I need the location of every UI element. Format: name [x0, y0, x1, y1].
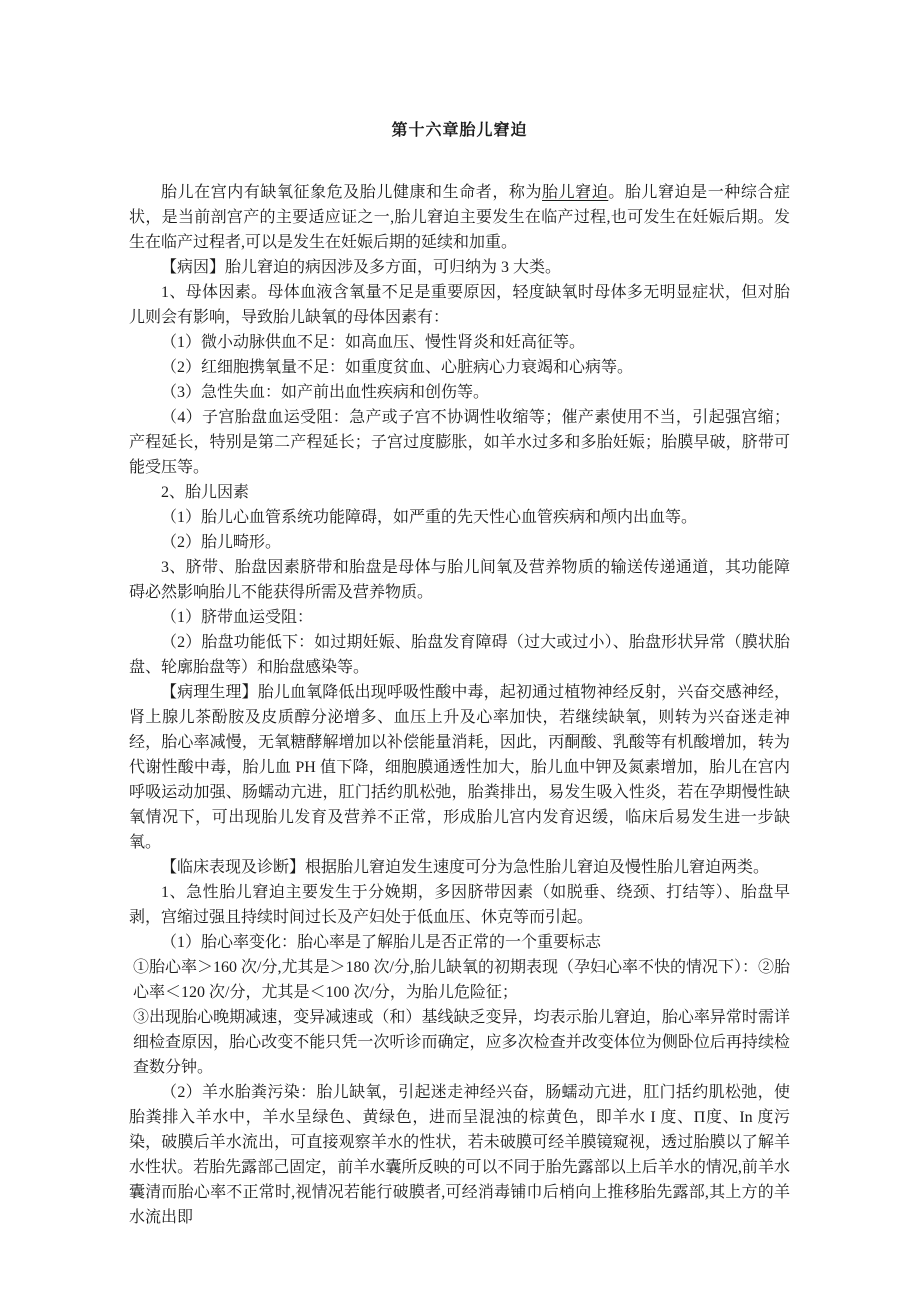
text-run: ①胎心率＞160 次/分,尤其是＞180 次/分,胎儿缺氧的初期表现（孕妇心率不… — [133, 959, 790, 1001]
paragraph-16: 1、急性胎儿窘迫主要发生于分娩期，多因脐带因素（如脱垂、绕颈、打结等）、胎盘早剥… — [129, 880, 790, 930]
text-run: 3、脐带、胎盘因素脐带和胎盘是母体与胎儿间氧及营养物质的输送传递通道，其功能障碍… — [129, 559, 790, 601]
text-run: （4）子宫胎盘血运受阻：急产或子宫不协调性收缩等；催产素使用不当，引起强宫缩；产… — [129, 409, 790, 476]
paragraph-12: （1）脐带血运受阻： — [129, 605, 790, 630]
document-page: 第十六章胎儿窘迫 胎儿在宫内有缺氧征象危及胎儿健康和生命者，称为胎儿窘迫。胎儿窘… — [129, 118, 790, 1230]
paragraph-15: 【临床表现及诊断】根据胎儿窘迫发生速度可分为急性胎儿窘迫及慢性胎儿窘迫两类。 — [129, 855, 790, 880]
underlined-term: 胎儿窘迫 — [542, 184, 608, 201]
text-run: 【临床表现及诊断】根据胎儿窘迫发生速度可分为急性胎儿窘迫及慢性胎儿窘迫两类。 — [161, 859, 769, 876]
text-run: （3）急性失血：如产前出血性疾病和创伤等。 — [161, 384, 489, 401]
text-run: （2）胎儿畸形。 — [161, 534, 281, 551]
paragraph-8: 2、胎儿因素 — [129, 480, 790, 505]
paragraph-14: 【病理生理】胎儿血氧降低出现呼吸性酸中毒，起初通过植物神经反射，兴奋交感神经，肾… — [129, 680, 790, 855]
text-run: （1）微小动脉供血不足：如高血压、慢性肾炎和妊高征等。 — [161, 334, 585, 351]
paragraph-11: 3、脐带、胎盘因素脐带和胎盘是母体与胎儿间氧及营养物质的输送传递通道，其功能障碍… — [129, 555, 790, 605]
paragraph-3: 1、母体因素。母体血液含氧量不足是重要原因，轻度缺氧时母体多无明显症状，但对胎儿… — [129, 280, 790, 330]
text-run: （1）胎儿心血管系统功能障碍，如严重的先天性心血管疾病和颅内出血等。 — [161, 509, 697, 526]
text-run: 2、胎儿因素 — [161, 484, 249, 501]
text-run: 【病理生理】胎儿血氧降低出现呼吸性酸中毒，起初通过植物神经反射，兴奋交感神经，肾… — [129, 684, 790, 851]
paragraph-13: （2）胎盘功能低下：如过期妊娠、胎盘发育障碍（过大或过小）、胎盘形状异常（膜状胎… — [129, 630, 790, 680]
paragraph-7: （4）子宫胎盘血运受阻：急产或子宫不协调性收缩等；催产素使用不当，引起强宫缩；产… — [129, 405, 790, 480]
page-title: 第十六章胎儿窘迫 — [129, 118, 790, 143]
paragraph-5: （2）红细胞携氧量不足：如重度贫血、心脏病心力衰竭和心病等。 — [129, 355, 790, 380]
paragraph-20: （2）羊水胎粪污染：胎儿缺氧，引起迷走神经兴奋，肠蠕动亢进，肛门括约肌松弛，使胎… — [129, 1080, 790, 1230]
document-body: 胎儿在宫内有缺氧征象危及胎儿健康和生命者，称为胎儿窘迫。胎儿窘迫是一种综合症状，… — [129, 180, 790, 1230]
paragraph-19: ③出现胎心晚期减速，变异减速或（和）基线缺乏变异，均表示胎儿窘迫，胎心率异常时需… — [129, 1005, 790, 1080]
text-run: 【病因】胎儿窘迫的病因涉及多方面，可归纳为 3 大类。 — [161, 259, 561, 276]
text-run: 1、急性胎儿窘迫主要发生于分娩期，多因脐带因素（如脱垂、绕颈、打结等）、胎盘早剥… — [129, 884, 790, 926]
text-run: 1、母体因素。母体血液含氧量不足是重要原因，轻度缺氧时母体多无明显症状，但对胎儿… — [129, 284, 790, 326]
paragraph-4: （1）微小动脉供血不足：如高血压、慢性肾炎和妊高征等。 — [129, 330, 790, 355]
text-run: （1）脐带血运受阻： — [161, 609, 313, 626]
text-run: ③出现胎心晚期减速，变异减速或（和）基线缺乏变异，均表示胎儿窘迫，胎心率异常时需… — [133, 1009, 790, 1076]
paragraph-2: 【病因】胎儿窘迫的病因涉及多方面，可归纳为 3 大类。 — [129, 255, 790, 280]
paragraph-17: （1）胎心率变化：胎心率是了解胎儿是否正常的一个重要标志 — [129, 930, 790, 955]
paragraph-9: （1）胎儿心血管系统功能障碍，如严重的先天性心血管疾病和颅内出血等。 — [129, 505, 790, 530]
paragraph-18: ①胎心率＞160 次/分,尤其是＞180 次/分,胎儿缺氧的初期表现（孕妇心率不… — [129, 955, 790, 1005]
text-run: （2）羊水胎粪污染：胎儿缺氧，引起迷走神经兴奋，肠蠕动亢进，肛门括约肌松弛，使胎… — [129, 1084, 790, 1226]
text-run: （1）胎心率变化：胎心率是了解胎儿是否正常的一个重要标志 — [161, 934, 601, 951]
paragraph-6: （3）急性失血：如产前出血性疾病和创伤等。 — [129, 380, 790, 405]
text-run: （2）胎盘功能低下：如过期妊娠、胎盘发育障碍（过大或过小）、胎盘形状异常（膜状胎… — [129, 634, 790, 676]
paragraph-10: （2）胎儿畸形。 — [129, 530, 790, 555]
text-run: 胎儿在宫内有缺氧征象危及胎儿健康和生命者，称为 — [161, 184, 542, 201]
paragraph-1: 胎儿在宫内有缺氧征象危及胎儿健康和生命者，称为胎儿窘迫。胎儿窘迫是一种综合症状，… — [129, 180, 790, 255]
text-run: （2）红细胞携氧量不足：如重度贫血、心脏病心力衰竭和心病等。 — [161, 359, 633, 376]
